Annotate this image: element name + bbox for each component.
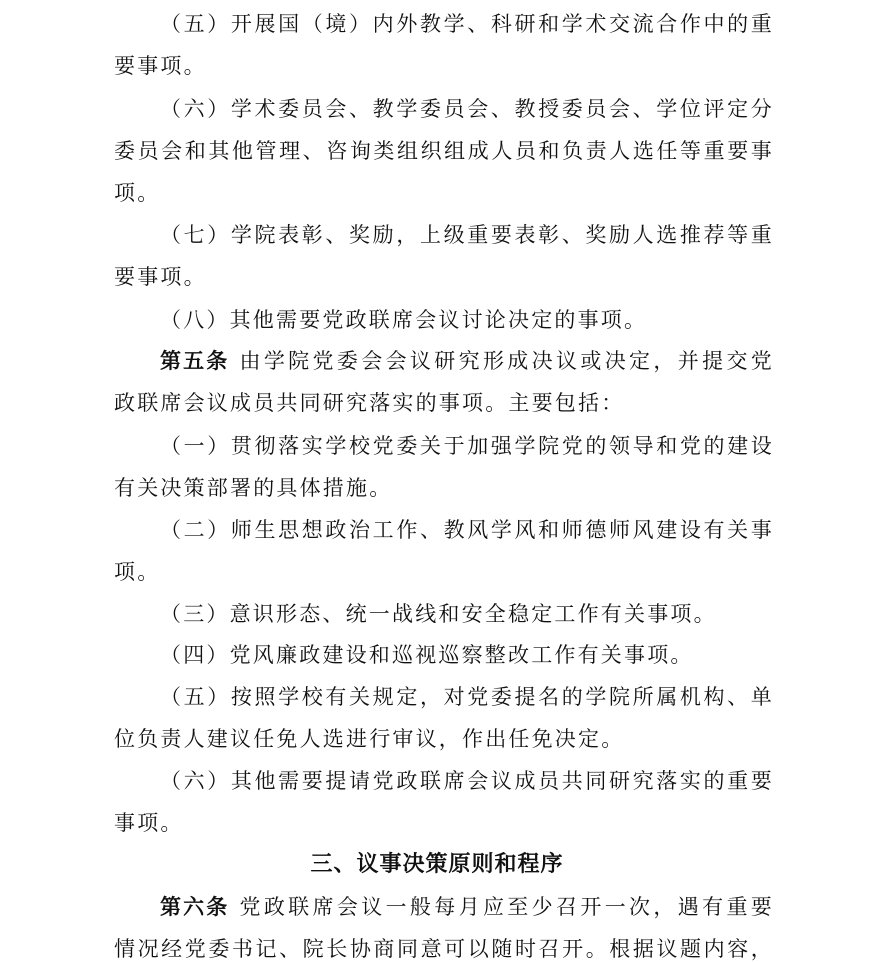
- article-6-line: 第六条 党政联席会议一般每月应至少召开一次，遇有重要: [160, 892, 774, 922]
- paragraph-line: 事项。: [114, 808, 774, 838]
- paragraph-line: 项。: [114, 178, 774, 208]
- paragraph-line: 委员会和其他管理、咨询类组织组成人员和负责人选任等重要事: [114, 136, 774, 166]
- paragraph-line: 政联席会议成员共同研究落实的事项。主要包括：: [114, 388, 774, 418]
- article-text: 党政联席会议一般每月应至少召开一次，遇有重要: [229, 895, 774, 919]
- paragraph-line: （一）贯彻落实学校党委关于加强学院党的领导和党的建设: [160, 431, 774, 461]
- paragraph-line: （六）学术委员会、教学委员会、教授委员会、学位评定分: [160, 94, 774, 124]
- paragraph-line: 情况经党委书记、院长协商同意可以随时召开。根据议题内容，: [114, 934, 774, 962]
- paragraph-line: 位负责人建议任免人选进行审议，作出任免决定。: [114, 724, 774, 754]
- paragraph-line: （八）其他需要党政联席会议讨论决定的事项。: [160, 305, 774, 335]
- paragraph-line: 要事项。: [114, 262, 774, 292]
- paragraph-line: 项。: [114, 557, 774, 587]
- document-page: （五）开展国（境）内外教学、科研和学术交流合作中的重 要事项。 （六）学术委员会…: [0, 0, 874, 962]
- paragraph-line: 要事项。: [114, 51, 774, 81]
- paragraph-line: （二）师生思想政治工作、教风学风和师德师风建设有关事: [160, 515, 774, 545]
- paragraph-line: （四）党风廉政建设和巡视巡察整改工作有关事项。: [160, 640, 774, 670]
- paragraph-line: 有关决策部署的具体措施。: [114, 473, 774, 503]
- article-text: 由学院党委会会议研究形成决议或决定，并提交党: [229, 349, 774, 373]
- paragraph-line: （三）意识形态、统一战线和安全稳定工作有关事项。: [160, 599, 774, 629]
- article-5-line: 第五条 由学院党委会会议研究形成决议或决定，并提交党: [160, 346, 774, 376]
- section-heading: 三、议事决策原则和程序: [0, 850, 874, 880]
- article-label: 第五条: [160, 349, 229, 373]
- paragraph-line: （五）按照学校有关规定，对党委提名的学院所属机构、单: [160, 682, 774, 712]
- article-label: 第六条: [160, 895, 229, 919]
- paragraph-line: （五）开展国（境）内外教学、科研和学术交流合作中的重: [160, 9, 774, 39]
- paragraph-line: （七）学院表彰、奖励，上级重要表彰、奖励人选推荐等重: [160, 220, 774, 250]
- paragraph-line: （六）其他需要提请党政联席会议成员共同研究落实的重要: [160, 766, 774, 796]
